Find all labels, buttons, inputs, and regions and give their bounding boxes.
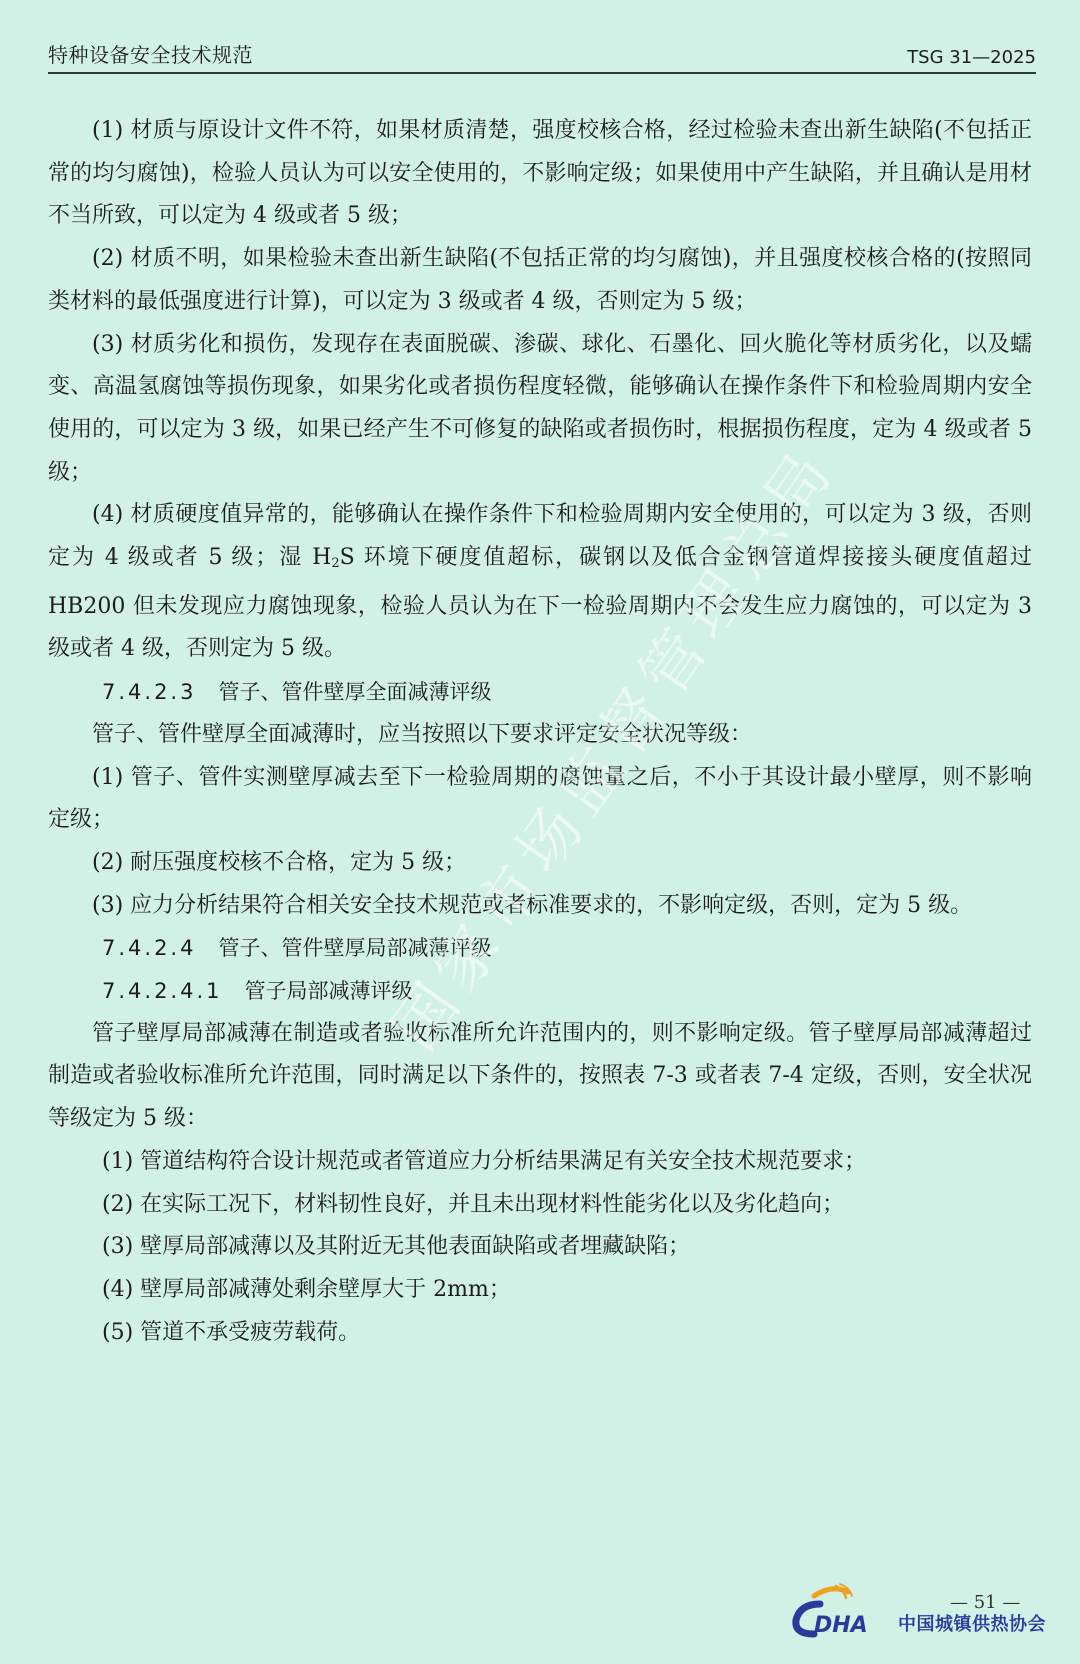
section-heading-74241: 7.4.2.4.1管子局部减薄评级 [48, 970, 1032, 1013]
paragraph-material-degradation: (3) 材质劣化和损伤，发现存在表面脱碳、渗碳、球化、石墨化、回火脆化等材质劣化… [48, 324, 1032, 495]
section-intro: 管子、管件壁厚全面减薄时，应当按照以下要求评定安全状况等级： [48, 714, 1032, 757]
section-title: 管子、管件壁厚局部减薄评级 [218, 936, 491, 960]
section-title: 管子、管件壁厚全面减薄评级 [218, 680, 491, 704]
page-header: 特种设备安全技术规范 TSG 31—2025 [48, 38, 1036, 74]
section-number: 7.4.2.4.1 [102, 970, 223, 1013]
list-item: (5) 管道不承受疲劳载荷。 [48, 1312, 1032, 1355]
svg-text:DHA: DHA [814, 1613, 868, 1638]
section-heading-7423: 7.4.2.3管子、管件壁厚全面减薄评级 [48, 671, 1032, 714]
dha-logo-icon: DHA [784, 1582, 894, 1640]
document-body: (1) 材质与原设计文件不符，如果材质清楚，强度校核合格，经过检验未查出新生缺陷… [48, 110, 1032, 1354]
section-intro: 管子壁厚局部减薄在制造或者验收标准所允许范围内的，则不影响定级。管子壁厚局部减薄… [48, 1013, 1032, 1141]
section-number: 7.4.2.4 [102, 927, 196, 970]
paragraph-material-unknown: (2) 材质不明，如果检验未查出新生缺陷(不包括正常的均匀腐蚀)，并且强度校核合… [48, 238, 1032, 323]
list-item: (3) 应力分析结果符合相关安全技术规范或者标准要求的，不影响定级，否则，定为 … [48, 885, 1032, 928]
header-code: TSG 31—2025 [907, 47, 1036, 68]
page-footer: DHA — 51 — 中国城镇供热协会 [780, 1582, 1070, 1642]
paragraph-material-mismatch: (1) 材质与原设计文件不符，如果材质清楚，强度校核合格，经过检验未查出新生缺陷… [48, 110, 1032, 238]
section-title: 管子局部减薄评级 [245, 979, 413, 1003]
header-title: 特种设备安全技术规范 [48, 39, 253, 68]
list-item: (1) 管道结构符合设计规范或者管道应力分析结果满足有关安全技术规范要求； [48, 1141, 1032, 1184]
list-item: (2) 在实际工况下，材料韧性良好，并且未出现材料性能劣化以及劣化趋向； [48, 1184, 1032, 1227]
section-number: 7.4.2.3 [102, 671, 196, 714]
paragraph-hardness-abnormal: (4) 材质硬度值异常的，能够确认在操作条件下和检验周期内安全使用的，可以定为 … [48, 494, 1032, 671]
section-heading-7424: 7.4.2.4管子、管件壁厚局部减薄评级 [48, 927, 1032, 970]
list-item: (3) 壁厚局部减薄以及其附近无其他表面缺陷或者埋藏缺陷； [48, 1226, 1032, 1269]
organization-name: 中国城镇供热协会 [898, 1610, 1046, 1636]
list-item: (1) 管子、管件实测壁厚减去至下一检验周期的腐蚀量之后，不小于其设计最小壁厚，… [48, 757, 1032, 842]
list-item: (2) 耐压强度校核不合格，定为 5 级； [48, 842, 1032, 885]
list-item: (4) 壁厚局部减薄处剩余壁厚大于 2mm； [48, 1269, 1032, 1312]
p4-subscript: 2 [331, 556, 339, 571]
